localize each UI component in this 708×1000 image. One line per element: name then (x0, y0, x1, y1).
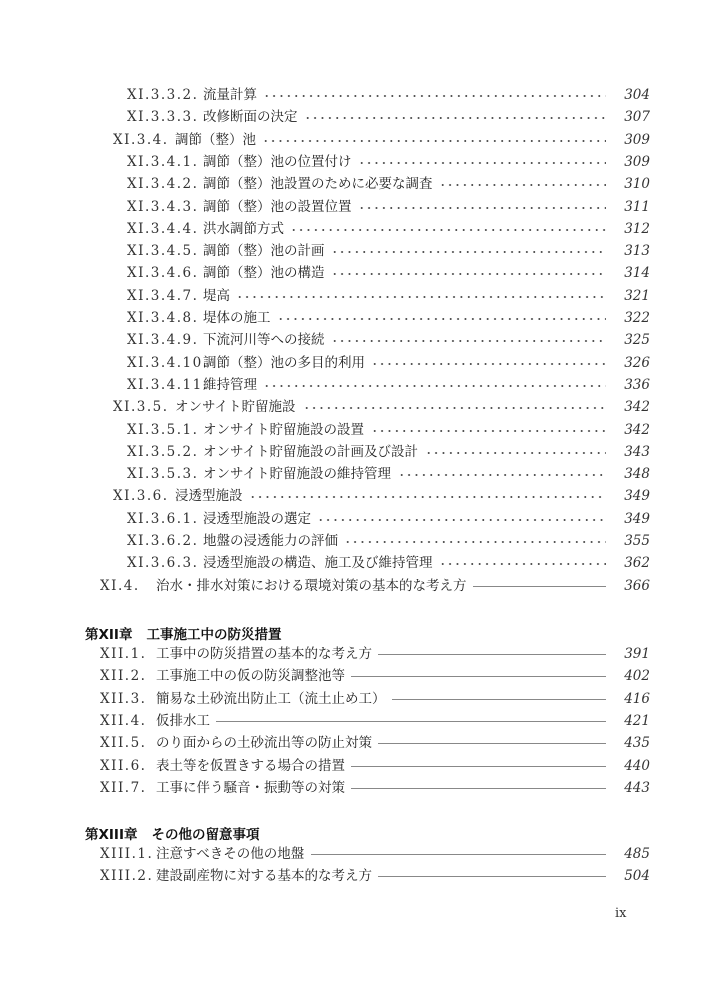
section-number: XI.3.4.5. (127, 241, 198, 261)
line-leader (311, 844, 607, 864)
dot-leader (439, 553, 607, 573)
toc-entry[interactable]: XI.3.4.5.調節（整）池の計画313 (0, 241, 708, 261)
page-reference: 311 (624, 197, 650, 217)
section-number: XI.3.4.9. (127, 330, 198, 350)
dot-leader (331, 263, 607, 283)
section-title: 浸透型施設の選定 (203, 509, 311, 529)
toc-entry[interactable]: XI.3.6.3.浸透型施設の構造、施工及び維持管理362 (0, 553, 708, 573)
dot-leader (303, 397, 607, 417)
dot-leader (317, 509, 606, 529)
page-reference: 322 (624, 308, 650, 328)
section-title: オンサイト貯留施設の設置 (203, 420, 364, 440)
toc-entry[interactable]: XI.3.4.4.洪水調節方式312 (0, 219, 708, 239)
section-number: XI.3.6. (113, 486, 169, 506)
dot-leader (358, 152, 607, 172)
section-title: 工事施工中の仮の防災調整池等 (156, 666, 345, 686)
toc-entry[interactable]: XI.3.4.7.堤高321 (0, 286, 708, 306)
toc-entry[interactable]: XI.3.5.オンサイト貯留施設342 (0, 397, 708, 417)
page-reference: 312 (624, 219, 650, 239)
page-reference: 314 (624, 263, 650, 283)
toc-entry[interactable]: XI.3.6.浸透型施設349 (0, 486, 708, 506)
section-number: XI.3.4.8. (127, 308, 198, 328)
section-number: XI.3.5.2. (127, 442, 198, 462)
section-title: 仮排水工 (156, 711, 210, 731)
page-reference: 342 (624, 420, 650, 440)
section-number: XII.3. (100, 689, 146, 709)
toc-entry[interactable]: XI.3.5.1.オンサイト貯留施設の設置342 (0, 420, 708, 440)
section-number: XI.3.5.3. (127, 464, 198, 484)
section-number: XII.7. (100, 778, 146, 798)
chapter-title: 工事施工中の防災措置 (146, 627, 281, 643)
section-number: XII.5. (100, 733, 146, 753)
dot-leader (439, 174, 607, 194)
dot-leader (425, 442, 606, 462)
section-title: 調節（整）池の設置位置 (203, 197, 352, 217)
chapter-title: その他の留意事項 (151, 827, 259, 843)
section-number: XII.1. (100, 644, 146, 664)
toc-entry[interactable]: XII.4.仮排水工421 (0, 711, 708, 731)
section-title: 工事中の防災措置の基本的な考え方 (156, 644, 372, 664)
page-reference: 355 (624, 531, 650, 551)
page-reference: 307 (624, 107, 650, 127)
toc-entry[interactable]: XI.3.3.3.改修断面の決定307 (0, 107, 708, 127)
section-number: XIII.2. (100, 866, 153, 886)
section-title: 調節（整）池の計画 (203, 241, 325, 261)
dot-leader (249, 486, 607, 506)
toc-entry[interactable]: XI.4.治水・排水対策における環境対策の基本的な考え方366 (0, 576, 708, 596)
dot-leader (371, 420, 606, 440)
page-reference: 349 (624, 486, 650, 506)
page-reference: 443 (624, 778, 650, 798)
page-reference: 313 (624, 241, 650, 261)
toc-entry[interactable]: XI.3.4.3.調節（整）池の設置位置311 (0, 197, 708, 217)
chapter-number: 第XIII章 (85, 827, 137, 843)
section-number: XI.4. (100, 576, 140, 596)
section-title: 調節（整）池の多目的利用 (203, 353, 365, 373)
section-number: XI.3.4.2. (127, 174, 198, 194)
dot-leader (290, 219, 606, 239)
section-title: オンサイト貯留施設 (175, 397, 296, 417)
toc-entry[interactable]: XII.2.工事施工中の仮の防災調整池等402 (0, 666, 708, 686)
toc-entry[interactable]: XI.3.4.11.維持管理336 (0, 375, 708, 395)
toc-entry[interactable]: XI.3.5.2.オンサイト貯留施設の計画及び設計343 (0, 442, 708, 462)
page-reference: 343 (624, 442, 650, 462)
line-leader (473, 576, 607, 596)
toc-entry[interactable]: XIII.1.注意すべきその他の地盤485 (0, 844, 708, 864)
section-title: 浸透型施設 (175, 486, 243, 506)
page-reference: 309 (624, 130, 650, 150)
section-number: XI.3.4.6. (127, 263, 198, 283)
section-number: XI.3.3.3. (127, 107, 198, 127)
page-reference: 402 (624, 666, 650, 686)
line-leader (378, 644, 606, 664)
toc-entry[interactable]: XI.3.4.1.調節（整）池の位置付け309 (0, 152, 708, 172)
page-reference: 325 (624, 330, 650, 350)
page-reference: 309 (624, 152, 650, 172)
page-reference: 504 (624, 866, 650, 886)
section-title: 簡易な土砂流出防止工（流土止め工） (156, 689, 386, 709)
section-title: のり面からの土砂流出等の防止対策 (156, 733, 372, 753)
dot-leader (263, 375, 606, 395)
section-title: オンサイト貯留施設の計画及び設計 (203, 442, 418, 462)
toc-entry[interactable]: XII.1.工事中の防災措置の基本的な考え方391 (0, 644, 708, 664)
section-title: 調節（整）池 (175, 130, 256, 150)
section-number: XI.3.4.1. (127, 152, 198, 172)
dot-leader (304, 107, 607, 127)
section-number: XI.3.3.2. (127, 85, 198, 105)
section-title: 工事に伴う騒音・振動等の対策 (156, 778, 345, 798)
line-leader (351, 778, 606, 798)
section-number: XI.3.4.4. (127, 219, 198, 239)
section-title: 表土等を仮置きする場合の措置 (156, 756, 345, 776)
line-leader (378, 866, 606, 886)
section-title: 改修断面の決定 (203, 107, 298, 127)
line-leader (351, 666, 606, 686)
page-reference: 435 (624, 733, 650, 753)
section-title: 治水・排水対策における環境対策の基本的な考え方 (156, 576, 467, 596)
section-title: 維持管理 (203, 375, 257, 395)
line-leader (351, 756, 606, 776)
section-number: XIII.1. (100, 844, 153, 864)
dot-leader (236, 286, 606, 306)
page-reference: 421 (624, 711, 650, 731)
section-number: XI.3.4.11. (127, 375, 208, 395)
dot-leader (331, 241, 607, 261)
dot-leader (262, 130, 606, 150)
dot-leader (344, 531, 606, 551)
section-title: 浸透型施設の構造、施工及び維持管理 (203, 553, 433, 573)
section-title: 地盤の浸透能力の評価 (203, 531, 338, 551)
section-title: 建設副産物に対する基本的な考え方 (156, 866, 372, 886)
section-number: XI.3.5.1. (127, 420, 198, 440)
section-number: XI.3.4.10. (127, 353, 208, 373)
toc-entry[interactable]: XI.3.6.2.地盤の浸透能力の評価355 (0, 531, 708, 551)
page-reference: 440 (624, 756, 650, 776)
chapter-heading[interactable]: 第XII章工事施工中の防災措置 (85, 623, 281, 643)
line-leader (378, 733, 606, 753)
section-number: XI.3.4.3. (127, 197, 198, 217)
toc-entry[interactable]: XI.3.4.2.調節（整）池設置のために必要な調査310 (0, 174, 708, 194)
dot-leader (263, 85, 606, 105)
dot-leader (398, 464, 606, 484)
section-number: XI.3.5. (113, 397, 169, 417)
toc-entry[interactable]: XIII.2.建設副産物に対する基本的な考え方504 (0, 866, 708, 886)
page-reference: 342 (624, 397, 650, 417)
dot-leader (358, 197, 607, 217)
toc-entry[interactable]: XI.3.4.9.下流河川等への接続325 (0, 330, 708, 350)
toc-entry[interactable]: XI.3.4.調節（整）池309 (0, 130, 708, 150)
dot-leader (331, 330, 607, 350)
dot-leader (277, 308, 607, 328)
page-reference: 348 (624, 464, 650, 484)
toc-entry[interactable]: XII.7.工事に伴う騒音・振動等の対策443 (0, 778, 708, 798)
toc-entry[interactable]: XI.3.4.10.調節（整）池の多目的利用326 (0, 353, 708, 373)
section-title: オンサイト貯留施設の維持管理 (203, 464, 391, 484)
line-leader (216, 711, 606, 731)
page-reference: 349 (624, 509, 650, 529)
toc-entry[interactable]: XII.3.簡易な土砂流出防止工（流土止め工）416 (0, 689, 708, 709)
page-reference: 321 (624, 286, 650, 306)
page-reference: 336 (624, 375, 650, 395)
toc-entry[interactable]: XII.5.のり面からの土砂流出等の防止対策435 (0, 733, 708, 753)
toc-entry[interactable]: XI.3.5.3.オンサイト貯留施設の維持管理348 (0, 464, 708, 484)
section-number: XII.4. (100, 711, 146, 731)
chapter-heading[interactable]: 第XIII章その他の留意事項 (85, 823, 259, 843)
chapter-number: 第XII章 (85, 627, 132, 643)
section-number: XI.3.6.3. (127, 553, 198, 573)
line-leader (392, 689, 607, 709)
page-reference: 362 (624, 553, 650, 573)
section-number: XI.3.4.7. (127, 286, 198, 306)
section-title: 調節（整）池の構造 (203, 263, 325, 283)
toc-entry[interactable]: XI.3.4.8.堤体の施工322 (0, 308, 708, 328)
section-number: XI.3.4. (113, 130, 169, 150)
section-title: 洪水調節方式 (203, 219, 284, 239)
section-title: 下流河川等への接続 (203, 330, 325, 350)
section-title: 調節（整）池の位置付け (203, 152, 352, 172)
section-title: 堤高 (203, 286, 230, 306)
toc-entry[interactable]: XI.3.3.2.流量計算304 (0, 85, 708, 105)
toc-entry[interactable]: XII.6.表土等を仮置きする場合の措置440 (0, 756, 708, 776)
dot-leader (371, 353, 606, 373)
section-title: 調節（整）池設置のために必要な調査 (203, 174, 433, 194)
page-reference: 391 (624, 644, 650, 664)
section-number: XI.3.6.1. (127, 509, 198, 529)
page-reference: 304 (624, 85, 650, 105)
page-reference: 366 (624, 576, 650, 596)
section-title: 堤体の施工 (203, 308, 271, 328)
section-number: XII.6. (100, 756, 146, 776)
toc-entry[interactable]: XI.3.6.1.浸透型施設の選定349 (0, 509, 708, 529)
section-title: 流量計算 (203, 85, 257, 105)
page-number: ix (615, 906, 627, 921)
page-reference: 326 (624, 353, 650, 373)
page-reference: 310 (624, 174, 650, 194)
toc-entry[interactable]: XI.3.4.6.調節（整）池の構造314 (0, 263, 708, 283)
page-reference: 485 (624, 844, 650, 864)
page-reference: 416 (624, 689, 650, 709)
section-number: XII.2. (100, 666, 146, 686)
section-number: XI.3.6.2. (127, 531, 198, 551)
section-title: 注意すべきその他の地盤 (156, 844, 304, 864)
